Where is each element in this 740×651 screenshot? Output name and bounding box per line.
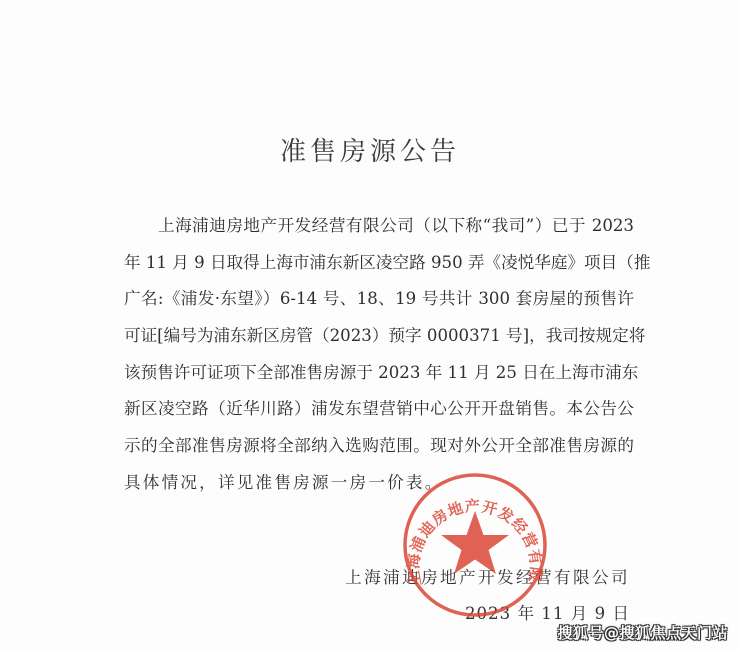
body-line: 新区凌空路（近华川路）浦发东望营销中心公开开盘销售。本公告公 [124,395,634,432]
body-line: 可证[编号为浦东新区房管（2023）预字 0000371 号]，我司按规定将 [124,322,634,359]
body-line: 具体情况，详见准售房源一房一价表。 [124,469,634,506]
body-line: 上海浦迪房地产开发经营有限公司（以下称“我司”）已于 2023 [124,212,634,249]
document-title: 准售房源公告 [0,131,740,168]
signature-date: 2023 年 11 月 9 日 [465,600,630,624]
document-page: 准售房源公告 上海浦迪房地产开发经营有限公司（以下称“我司”）已于 2023 年… [0,0,740,651]
body-line: 示的全部准售房源将全部纳入选购范围。现对外公开全部准售房源的 [124,432,634,469]
announcement-body: 上海浦迪房地产开发经营有限公司（以下称“我司”）已于 2023 年 11 月 9… [124,212,634,506]
body-line: 该预售许可证项下全部准售房源于 2023 年 11 月 25 日在上海市浦东 [124,359,634,396]
body-line: 广名:《浦发·东望》）6-14 号、18、19 号共计 300 套房屋的预售许 [124,285,634,322]
signature-company: 上海浦迪房地产开发经营有限公司 [345,564,630,588]
body-line: 年 11 月 9 日取得上海市浦东新区凌空路 950 弄《凌悦华庭》项目（推 [124,249,634,286]
source-watermark: 搜狐号@搜狐焦点天门站 [557,622,728,643]
